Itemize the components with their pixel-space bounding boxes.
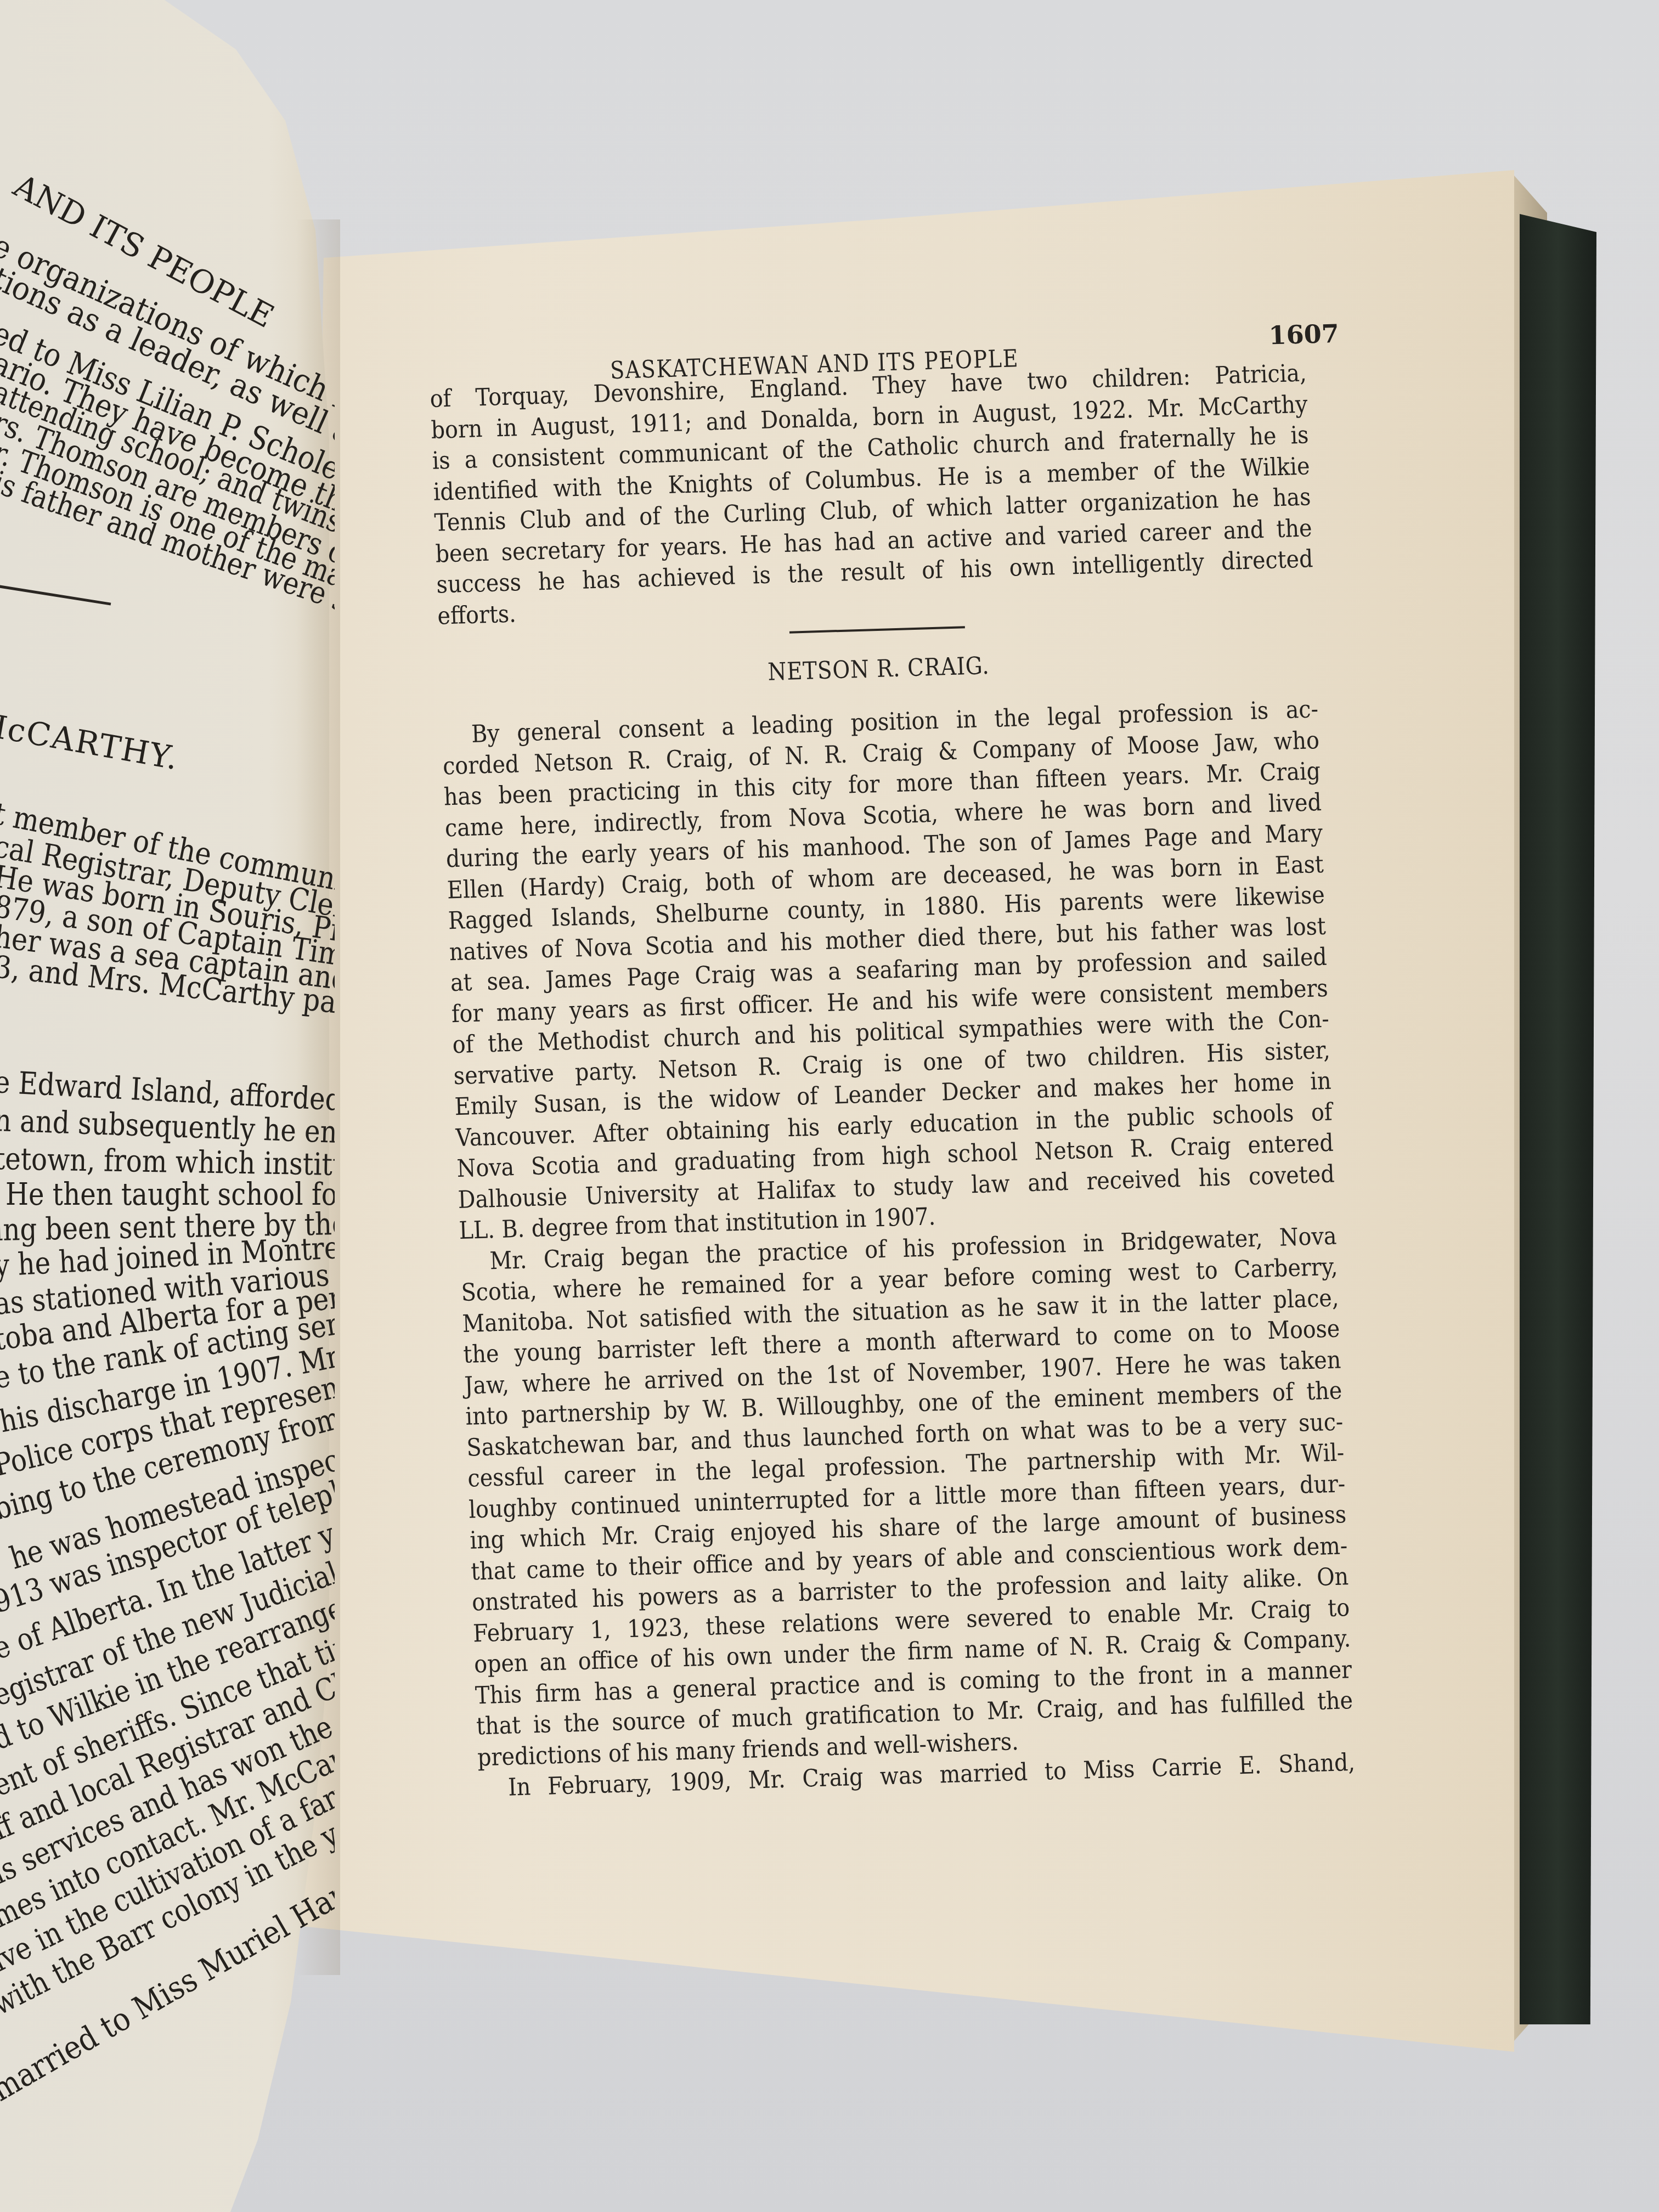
section-title: NETSON R. CRAIG. (492, 644, 1265, 695)
right-page-content: SASKATCHEWAN AND ITS PEOPLE 1607 of Torq… (428, 314, 1357, 1804)
book-photo: SASKATCHEWAN AND ITS PEOPLE 1607 of Torq… (0, 0, 1659, 2212)
left-page-content: AND ITS PEOPLE e organizations of which … (0, 0, 335, 2212)
paragraph-1: By general consent a leading position in… (441, 694, 1337, 1246)
book-cover-edge (1520, 214, 1596, 2024)
section-divider (789, 626, 965, 633)
left-section-title: IcCARTHY. (0, 708, 182, 777)
intro-paragraph: of Torquay, Devonshire, England. They ha… (430, 358, 1316, 631)
page-number: 1607 (1268, 319, 1340, 351)
left-section-divider (0, 584, 111, 606)
paragraph-2: Mr. Craig began the practice of his prof… (460, 1221, 1356, 1773)
